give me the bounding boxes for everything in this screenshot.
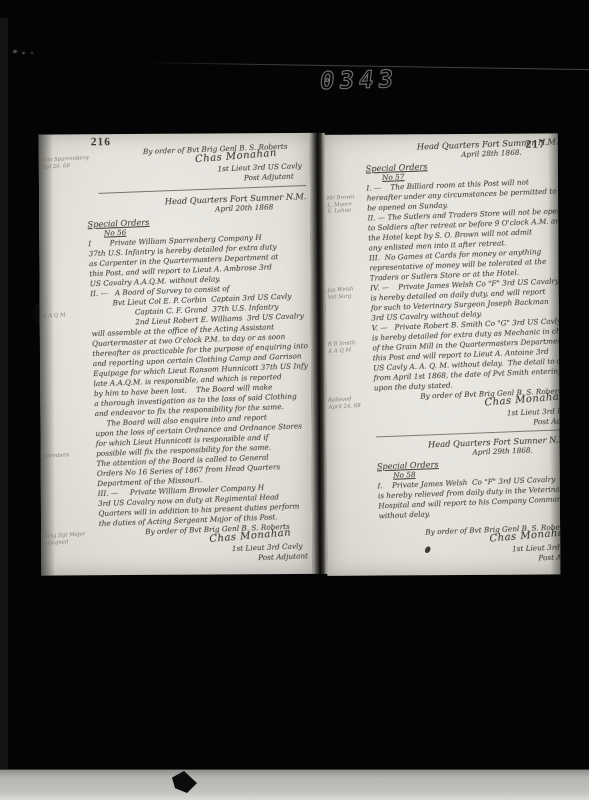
margin-note: Relieved April 24. 68 xyxy=(328,396,367,411)
ledger-page-left: 216 By order of Bvt Brig Genl B. S. Robe… xyxy=(39,133,313,576)
film-speck xyxy=(13,50,17,53)
microfilm-frame: 0343 216 By order of Bvt Brig Genl B. S.… xyxy=(0,0,589,800)
frame-counter: 0343 xyxy=(318,65,399,95)
margin-note: Actg Sgt Major assigned xyxy=(44,531,89,547)
margin-note: R B Smith A A Q M xyxy=(328,340,367,355)
film-speck xyxy=(31,52,33,54)
margin-note: Wm Sparrenberg Apl 20. 68 xyxy=(41,155,86,171)
film-strip-mark xyxy=(172,771,197,793)
margin-note: Jas Welsh Vet Surg xyxy=(327,286,366,301)
margin-note: 1 xyxy=(43,403,87,412)
margin-note: Members xyxy=(43,451,87,460)
right-margin-notes xyxy=(325,133,558,134)
page-number-left: 216 xyxy=(91,136,111,148)
left-margin-notes xyxy=(39,133,310,135)
ledger-page-right: 217 Head Quarters Fort Sumner N.M.April … xyxy=(325,133,561,575)
film-bottom-strip xyxy=(0,769,589,800)
ledger-spread: 216 By order of Bvt Brig Genl B. S. Robe… xyxy=(39,131,561,575)
left-page-text: By order of Bvt Brig Genl B. S. RobertsC… xyxy=(85,141,313,569)
film-edge-stripe xyxy=(0,18,8,800)
margin-note: Mr Brown L. Moore S. Lahue xyxy=(327,194,366,216)
right-page-text: Head Quarters Fort Sumner N.M.April 28th… xyxy=(365,136,561,569)
margin-note: A A Q M xyxy=(43,311,87,320)
film-speck xyxy=(22,52,25,54)
